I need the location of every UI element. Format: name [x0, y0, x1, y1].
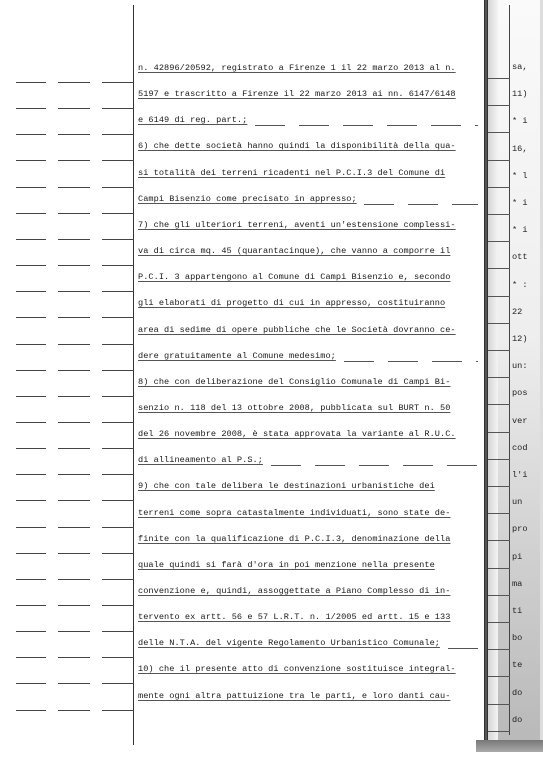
margin-dash-row [14, 160, 134, 161]
fill-dash [344, 361, 374, 362]
adjacent-page-rule [488, 296, 510, 297]
margin-dash-row [14, 134, 134, 135]
document-line: delle N.T.A. del vigente Regolamento Urb… [138, 637, 483, 649]
line-text: mente ogni altra pattuizione tra le part… [138, 691, 450, 701]
fill-dash [388, 361, 418, 362]
adjacent-page-rule [488, 377, 510, 378]
line-text: terreni come sopra catastalmente individ… [138, 508, 450, 518]
adjacent-page-rule [488, 78, 510, 79]
bottom-corner-shadow [476, 740, 543, 752]
adjacent-page-rule [488, 432, 510, 433]
margin-dash-row [14, 657, 134, 658]
document-line: finite con la qualificazione di P.C.I.3,… [138, 533, 483, 545]
fill-dash [359, 465, 389, 466]
margin-dash-row [14, 344, 134, 345]
line-text: convenzione e, quindi, assoggettate a Pi… [138, 586, 450, 596]
document-line: va di circa mq. 45 (quarantacinque), che… [138, 245, 483, 257]
margin-dash-row [14, 213, 134, 214]
adjacent-page-fragment: ott [512, 252, 527, 262]
fill-dash [475, 125, 478, 126]
margin-dash-row [14, 291, 134, 292]
adjacent-page-rule [488, 568, 510, 569]
scanned-document-page: n. 42896/20592, registrato a Firenze 1 i… [0, 0, 543, 767]
adjacent-page-fragment: bo [512, 633, 522, 643]
adjacent-page-rule [488, 486, 510, 487]
margin-dash-row [14, 553, 134, 554]
adjacent-page-rule [488, 595, 510, 596]
document-line: 8) che con deliberazione del Consiglio C… [138, 376, 483, 388]
adjacent-page-rule [488, 350, 510, 351]
line-text: senzio n. 118 del 13 ottobre 2008, pubbl… [138, 403, 450, 413]
line-text: Campi Bisenzio come precisato in appress… [138, 194, 357, 204]
adjacent-page-rule [488, 622, 510, 623]
line-text: finite con la qualificazione di P.C.I.3,… [138, 534, 450, 544]
document-line: 6) che dette società hanno quindi la dis… [138, 140, 483, 152]
document-line: si totalità dei terreni ricadenti nel P.… [138, 167, 483, 179]
line-text: dere gratuitamente al Comune medesimo; [138, 351, 336, 361]
adjacent-page-rule [488, 105, 510, 106]
adjacent-page-rule [488, 731, 510, 732]
margin-dash-row [14, 527, 134, 528]
adjacent-page-fragment: l'i [512, 470, 527, 480]
adjacent-page-fragment: do [512, 688, 522, 698]
line-text: delle N.T.A. del vigente Regolamento Urb… [138, 638, 440, 648]
line-text: 5197 e trascritto a Firenze il 22 marzo … [138, 89, 456, 99]
adjacent-page-rule [488, 704, 510, 705]
fill-dash [255, 125, 285, 126]
fill-dash [452, 204, 478, 205]
margin-dash-row [14, 396, 134, 397]
adjacent-page-fragment: pi [512, 552, 522, 562]
margin-dash-row [14, 82, 134, 83]
line-text: tervento ex artt. 56 e 57 L.R.T. n. 1/20… [138, 612, 450, 622]
line-text: 10) che il presente atto di convenzione … [138, 664, 456, 674]
document-line: 9) che con tale delibera le destinazioni… [138, 480, 483, 492]
fill-dash [408, 204, 438, 205]
left-margin-rule [133, 5, 134, 745]
binding-shadow [488, 0, 498, 750]
fill-dash [315, 465, 345, 466]
line-text: va di circa mq. 45 (quarantacinque), che… [138, 246, 450, 256]
fill-dash [448, 648, 478, 649]
line-text: P.C.I. 3 appartengono al Comune di Campi… [138, 272, 450, 282]
adjacent-page-rule [488, 459, 510, 460]
fill-dash [387, 125, 417, 126]
document-line: area di sedime di opere pubbliche che le… [138, 324, 483, 336]
adjacent-page-rule [488, 268, 510, 269]
margin-dash-row [14, 474, 134, 475]
adjacent-page-fragment: * i [512, 225, 527, 235]
document-line: convenzione e, quindi, assoggettate a Pi… [138, 585, 483, 597]
adjacent-page-rule [488, 241, 510, 242]
line-text: area di sedime di opere pubbliche che le… [138, 325, 456, 335]
adjacent-page-fragment: 12) [512, 334, 527, 344]
line-text: 8) che con deliberazione del Consiglio C… [138, 377, 450, 387]
fill-dash [476, 361, 478, 362]
margin-dash-row [14, 579, 134, 580]
document-line: del 26 novembre 2008, è stata approvata … [138, 428, 483, 440]
margin-dash-row [14, 265, 134, 266]
document-line: terreni come sopra catastalmente individ… [138, 507, 483, 519]
adjacent-page-rule [488, 404, 510, 405]
adjacent-page-rule [488, 649, 510, 650]
adjacent-page-rule [488, 132, 510, 133]
margin-dash-row [14, 422, 134, 423]
document-line: n. 42896/20592, registrato a Firenze 1 i… [138, 62, 483, 74]
margin-dash-row [14, 631, 134, 632]
margin-dash-row [14, 370, 134, 371]
margin-dash-row [14, 605, 134, 606]
fill-dash [432, 361, 462, 362]
adjacent-page-rule [488, 540, 510, 541]
line-text: si totalità dei terreni ricadenti nel P.… [138, 168, 445, 178]
adjacent-page-fragment: ma [512, 579, 522, 589]
document-line: mente ogni altra pattuizione tra le part… [138, 690, 483, 702]
line-text: 6) che dette società hanno quindi la dis… [138, 141, 456, 151]
adjacent-page-fragment: un [512, 497, 522, 507]
fill-dash [431, 125, 461, 126]
adjacent-page-fragment: * i [512, 116, 527, 126]
adjacent-page-fragment: un: [512, 361, 527, 371]
adjacent-page-rule [488, 513, 510, 514]
document-line: tervento ex artt. 56 e 57 L.R.T. n. 1/20… [138, 611, 483, 623]
document-line: quale quindi si farà d'ora in poi menzio… [138, 559, 483, 571]
fill-dash [364, 204, 394, 205]
margin-dash-row [14, 500, 134, 501]
adjacent-page-fragment: 22 [512, 307, 522, 317]
adjacent-page-rule [488, 676, 510, 677]
line-text: di allineamento al P.S.; [138, 455, 263, 465]
fill-dash [447, 465, 477, 466]
adjacent-page-fragment: * l [512, 171, 527, 181]
adjacent-page-fragment: ver [512, 416, 527, 426]
line-text: e 6149 di reg. part.; [138, 115, 247, 125]
document-line: 10) che il presente atto di convenzione … [138, 663, 483, 675]
fill-dash [271, 465, 301, 466]
line-text: gli elaborati di progetto di cui in appr… [138, 298, 445, 308]
adjacent-page-rule [488, 187, 510, 188]
margin-dash-row [14, 683, 134, 684]
adjacent-page-fragment: cod [512, 443, 527, 453]
fill-dash [403, 465, 433, 466]
document-line: senzio n. 118 del 13 ottobre 2008, pubbl… [138, 402, 483, 414]
adjacent-page-fragment: 16, [512, 144, 527, 154]
adjacent-page-fragment: te [512, 660, 522, 670]
document-line: P.C.I. 3 appartengono al Comune di Campi… [138, 271, 483, 283]
line-text: quale quindi si farà d'ora in poi menzio… [138, 560, 435, 570]
margin-dash-row [14, 710, 134, 711]
adjacent-page-fragment: pos [512, 388, 527, 398]
document-line: 7) che gli ulteriori terreni, aventi un'… [138, 219, 483, 231]
adjacent-page-rule [488, 323, 510, 324]
adjacent-page-margin-rule [509, 5, 510, 735]
adjacent-page-rule [488, 214, 510, 215]
document-line: gli elaborati di progetto di cui in appr… [138, 297, 483, 309]
line-text: n. 42896/20592, registrato a Firenze 1 i… [138, 63, 456, 73]
adjacent-page-fragment: sa, [512, 62, 527, 72]
margin-dash-row [14, 108, 134, 109]
adjacent-page-fragment: * : [512, 280, 527, 290]
fill-dash [343, 125, 373, 126]
margin-dash-row [14, 187, 134, 188]
margin-dash-row [14, 239, 134, 240]
fill-dash [299, 125, 329, 126]
document-line: 5197 e trascritto a Firenze il 22 marzo … [138, 88, 483, 100]
line-text: del 26 novembre 2008, è stata approvata … [138, 429, 456, 439]
margin-dash-row [14, 448, 134, 449]
line-text: 7) che gli ulteriori terreni, aventi un'… [138, 220, 456, 230]
adjacent-page-fragment: 11) [512, 89, 527, 99]
adjacent-page-rule [488, 160, 510, 161]
margin-dash-row [14, 317, 134, 318]
adjacent-page-fragment: pro [512, 524, 527, 534]
line-text: 9) che con tale delibera le destinazioni… [138, 481, 435, 491]
adjacent-page-fragment: do [512, 715, 522, 725]
adjacent-page-fragment: ti [512, 606, 522, 616]
adjacent-page-fragment: * i [512, 198, 527, 208]
